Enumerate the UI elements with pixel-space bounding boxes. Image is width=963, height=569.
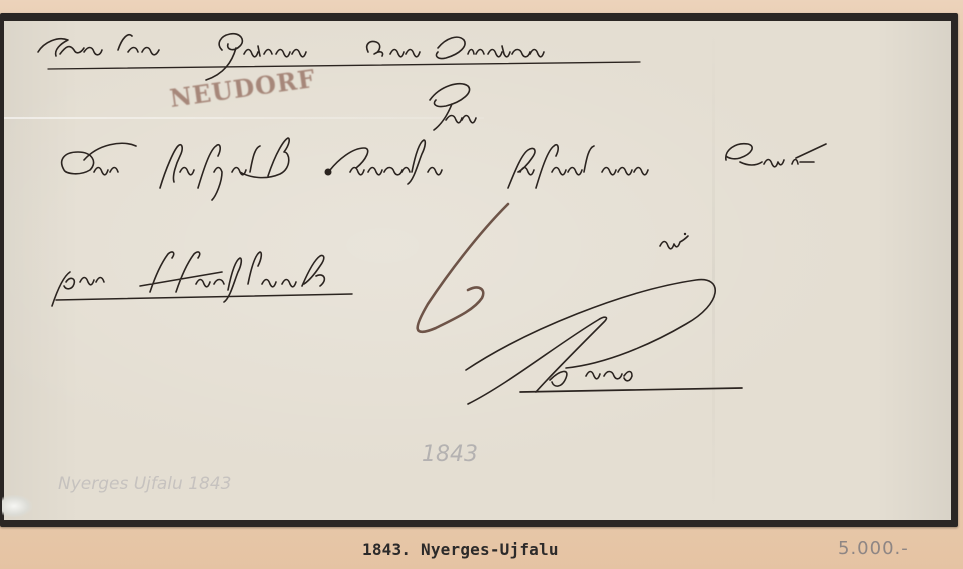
transcription-destination: Bajó [0, 0, 1, 1]
transcription-header: Von der Güter Ober Direction [0, 0, 1, 1]
pencil-year-note: 1843 [422, 442, 478, 467]
transcription-salutation: An [0, 0, 1, 1]
transcription-address: Das hochgräfl. Sándorische Hofrichter Am… [0, 0, 1, 1]
price-note: 5.000.- [838, 538, 909, 559]
transcription-preposition: in [0, 0, 1, 1]
album-caption: 1843. Nyerges-Ujfalu [362, 540, 559, 559]
transcription-rate: 6 [0, 0, 1, 1]
pencil-faint-note: Nyerges Ujfalu 1843 [58, 474, 231, 494]
transcription-route: per Stockstraß [0, 0, 1, 1]
album-page: NEUDORF 1843 Nyerges Ujfalu 1843 Von der… [0, 0, 963, 569]
fold-line [712, 21, 715, 520]
fold-line [4, 117, 484, 119]
mount-corner-damage [2, 495, 32, 517]
